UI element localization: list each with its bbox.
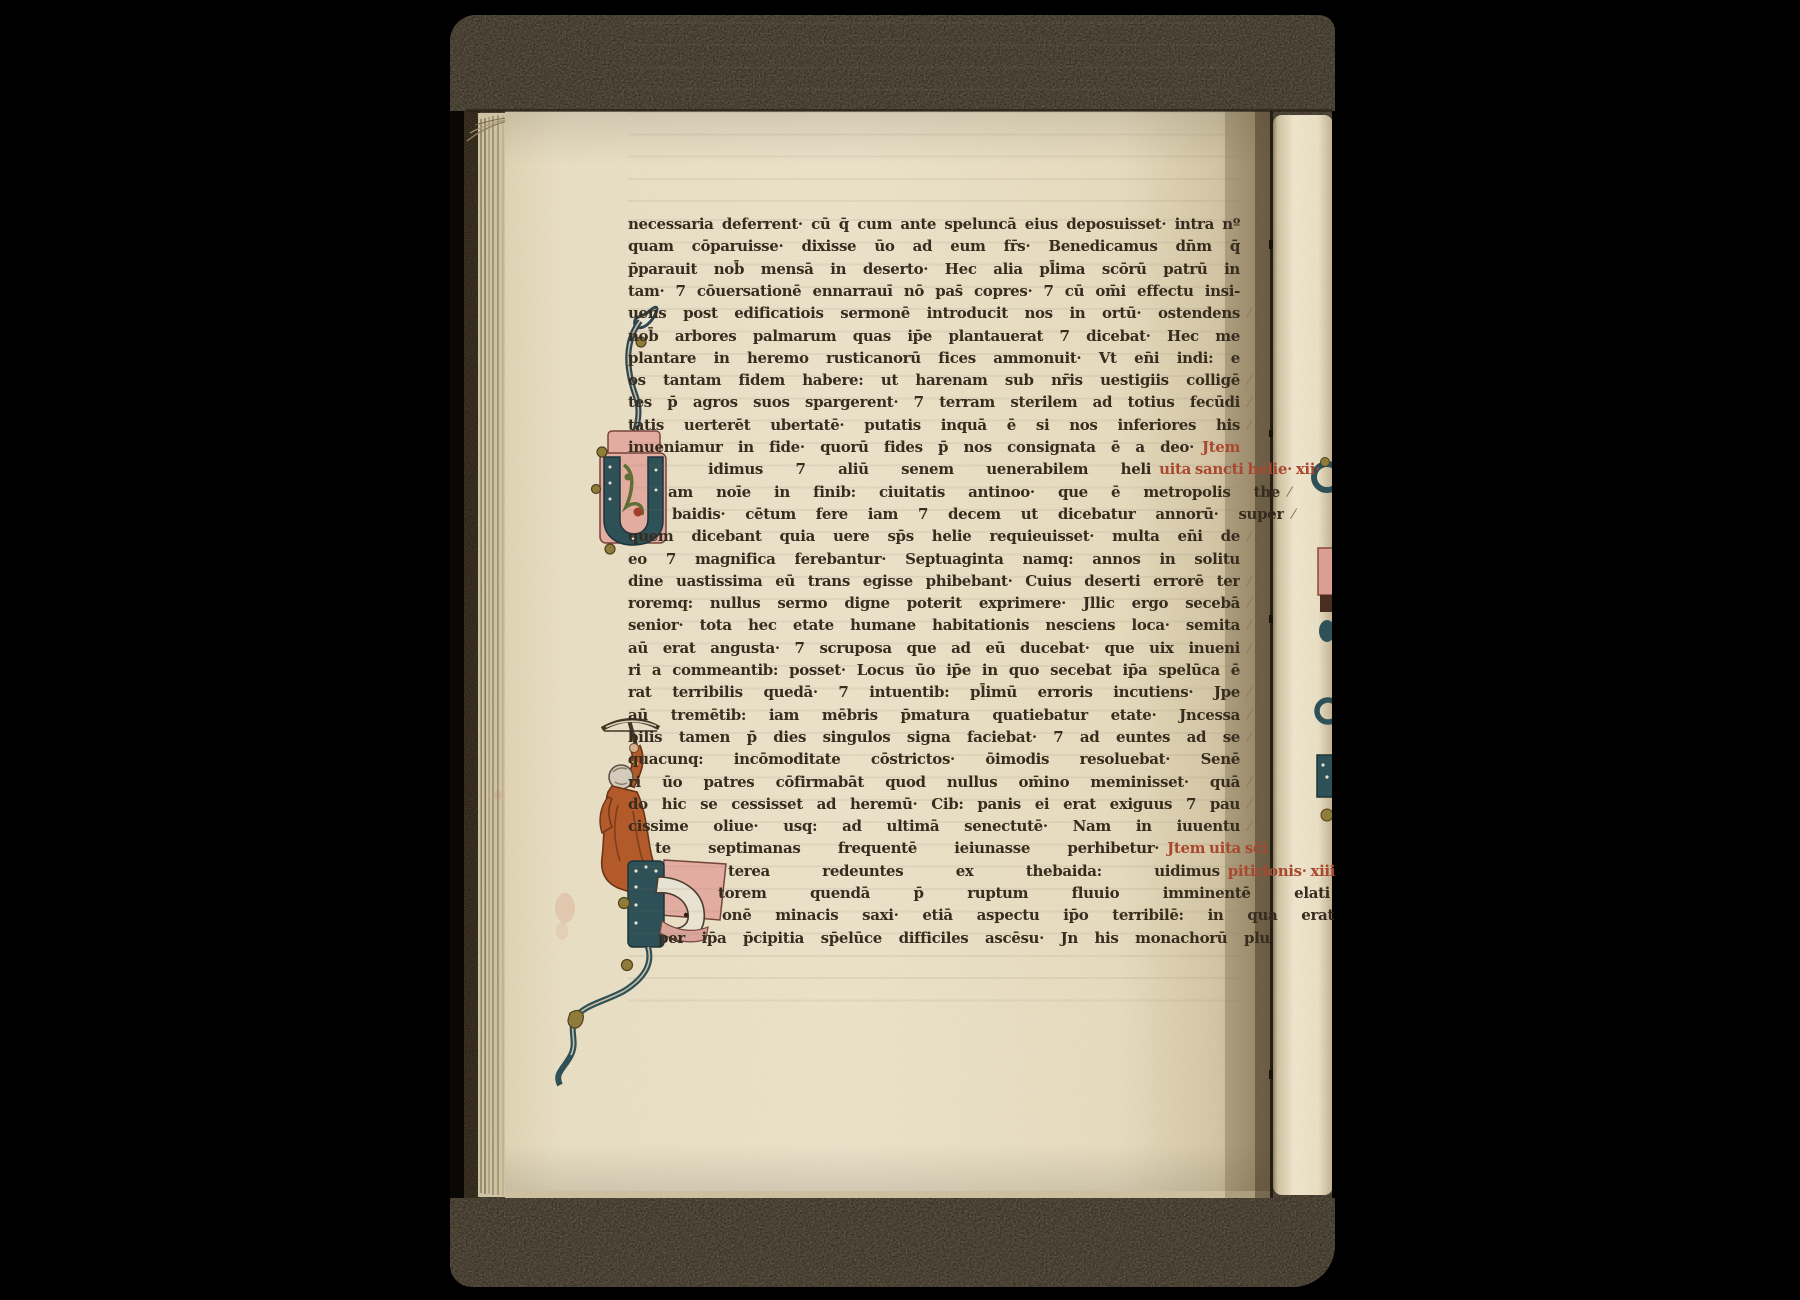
rubric-text: pitirionis· xiii· — [1228, 861, 1335, 883]
line-text: ri ūo patres cōfirmabāt quod nullus om̄i… — [628, 772, 1240, 794]
text-line: rat terribilis quedā· 7 intuentib: pl̄im… — [628, 682, 1240, 704]
text-line: quacunq: incōmoditate cōstrictos· ōimodi… — [628, 749, 1240, 771]
text-line: torem quendā p̄ ruptum fluuio imminentē … — [628, 883, 1330, 905]
line-text: plantare in heremo rusticanorū fices amm… — [628, 348, 1240, 370]
text-line: ri a commeantib: posset· Locus ūo ip̄e i… — [628, 660, 1240, 682]
line-text: idimus 7 aliū senem uenerabilem heli — [708, 459, 1151, 481]
text-line: eo 7 magnifica ferebantur· Septuaginta n… — [628, 549, 1240, 571]
text-line: tam· 7 cōuersationē ennarrauī nō pas̄ co… — [628, 281, 1240, 303]
line-text: nob̄ arbores palmarum quas ip̄e plantaue… — [628, 326, 1240, 348]
manuscript-photo: necessaria deferrent· cū q̄ cum ante spe… — [450, 15, 1335, 1287]
line-text: roremq: nullus sermo digne poterit expri… — [628, 593, 1240, 615]
line-text: inueniamur in fide· quorū fides p̄ nos c… — [628, 437, 1194, 459]
text-line: ri ūo patres cōfirmabāt quod nullus om̄i… — [628, 772, 1240, 794]
line-text: aū erat angusta· 7 scruposa que ad eū du… — [628, 638, 1240, 660]
text-line: onē minacis saxi· etiā aspectu ip̄o terr… — [628, 905, 1334, 927]
line-text: per ip̄a p̄cipitia sp̄elūce difficiles a… — [658, 928, 1270, 950]
line-text: quam cōparuisse· dixisse ūo ad eum fr̄s·… — [628, 236, 1240, 258]
line-text: rat terribilis quedā· 7 intuentib: pl̄im… — [628, 682, 1240, 704]
text-line: inueniamur in fide· quorū fides p̄ nos c… — [628, 437, 1240, 459]
line-text: quacunq: incōmoditate cōstrictos· ōimodi… — [628, 749, 1240, 771]
line-text: senior· tota hec etate humane habitation… — [628, 615, 1240, 637]
line-text: onē minacis saxi· etiā aspectu ip̄o terr… — [722, 905, 1334, 927]
text-line: cissime oliue· usq: ad ultimā senectutē·… — [628, 816, 1240, 838]
text-line: uens post edificatiois sermonē introduci… — [628, 303, 1240, 325]
text-line: do hic se cessisset ad heremū· Cib: pani… — [628, 794, 1240, 816]
line-text: quem dicebant quia uere sp̄s helie requi… — [628, 526, 1240, 548]
text-line: os tantam fidem habere: ut harenam sub n… — [628, 370, 1240, 392]
rubric-text: uita sancti helie· xii· — [1159, 459, 1320, 481]
text-line: per ip̄a p̄cipitia sp̄elūce difficiles a… — [628, 928, 1270, 950]
line-text: necessaria deferrent· cū q̄ cum ante spe… — [628, 214, 1240, 236]
rubric-text: Jtem — [1202, 437, 1240, 459]
text-line: idimus 7 aliū senem uenerabilem heliuita… — [628, 459, 1320, 481]
line-text: baidis· cētum fere iam 7 decem ut diceba… — [672, 504, 1284, 526]
text-line: te septimanas frequentē ieiunasse perhib… — [628, 838, 1267, 860]
text-line: aū erat angusta· 7 scruposa que ad eū du… — [628, 638, 1240, 660]
line-text: tam· 7 cōuersationē ennarrauī nō pas̄ co… — [628, 281, 1240, 303]
line-text: dine uastissima eū trans egisse phibeban… — [628, 571, 1240, 593]
text-line: quem dicebant quia uere sp̄s helie requi… — [628, 526, 1240, 548]
text-line: terea redeuntes ex thebaida: uidimuspiti… — [628, 861, 1335, 883]
text-line: p̄parauit nob̄ mensā in deserto· Hec ali… — [628, 259, 1240, 281]
text-line: baidis· cētum fere iam 7 decem ut diceba… — [628, 504, 1284, 526]
text-line: quam cōparuisse· dixisse ūo ad eum fr̄s·… — [628, 236, 1240, 258]
line-text: bilis tamen p̄ dies singulos signa facie… — [628, 727, 1240, 749]
line-text: te septimanas frequentē ieiunasse perhib… — [655, 838, 1159, 860]
text-line: aū tremētib: iam mēbris p̄matura quatieb… — [628, 705, 1240, 727]
text-line: nob̄ arbores palmarum quas ip̄e plantaue… — [628, 326, 1240, 348]
rubric-text: Jtem uita sc̄i — [1167, 838, 1267, 860]
text-line: bilis tamen p̄ dies singulos signa facie… — [628, 727, 1240, 749]
text-line: tatis uerterēt ubertatē· putatis inquā ē… — [628, 415, 1240, 437]
text-line: am noīe in finib: ciuitatis antinoo· que… — [628, 482, 1280, 504]
line-text: do hic se cessisset ad heremū· Cib: pani… — [628, 794, 1240, 816]
text-line: dine uastissima eū trans egisse phibeban… — [628, 571, 1240, 593]
line-text: tatis uerterēt ubertatē· putatis inquā ē… — [628, 415, 1240, 437]
line-text: aū tremētib: iam mēbris p̄matura quatieb… — [628, 705, 1240, 727]
text-line: plantare in heremo rusticanorū fices amm… — [628, 348, 1240, 370]
text-line: tes p̄ agros suos spargerent· 7 terram s… — [628, 392, 1240, 414]
facing-page-edge — [1273, 115, 1335, 1195]
line-text: uens post edificatiois sermonē introduci… — [628, 303, 1240, 325]
line-text: am noīe in finib: ciuitatis antinoo· que… — [668, 482, 1280, 504]
text-line: roremq: nullus sermo digne poterit expri… — [628, 593, 1240, 615]
text-line: senior· tota hec etate humane habitation… — [628, 615, 1240, 637]
line-text: eo 7 magnifica ferebantur· Septuaginta n… — [628, 549, 1240, 571]
line-text: ri a commeantib: posset· Locus ūo ip̄e i… — [628, 660, 1240, 682]
text-line: necessaria deferrent· cū q̄ cum ante spe… — [628, 214, 1240, 236]
line-text: cissime oliue· usq: ad ultimā senectutē·… — [628, 816, 1240, 838]
line-text: tes p̄ agros suos spargerent· 7 terram s… — [628, 392, 1240, 414]
line-text: p̄parauit nob̄ mensā in deserto· Hec ali… — [628, 259, 1240, 281]
line-text: os tantam fidem habere: ut harenam sub n… — [628, 370, 1240, 392]
line-text: torem quendā p̄ ruptum fluuio imminentē … — [718, 883, 1330, 905]
line-text: terea redeuntes ex thebaida: uidimus — [728, 861, 1220, 883]
text-block: necessaria deferrent· cū q̄ cum ante spe… — [628, 15, 1240, 1015]
